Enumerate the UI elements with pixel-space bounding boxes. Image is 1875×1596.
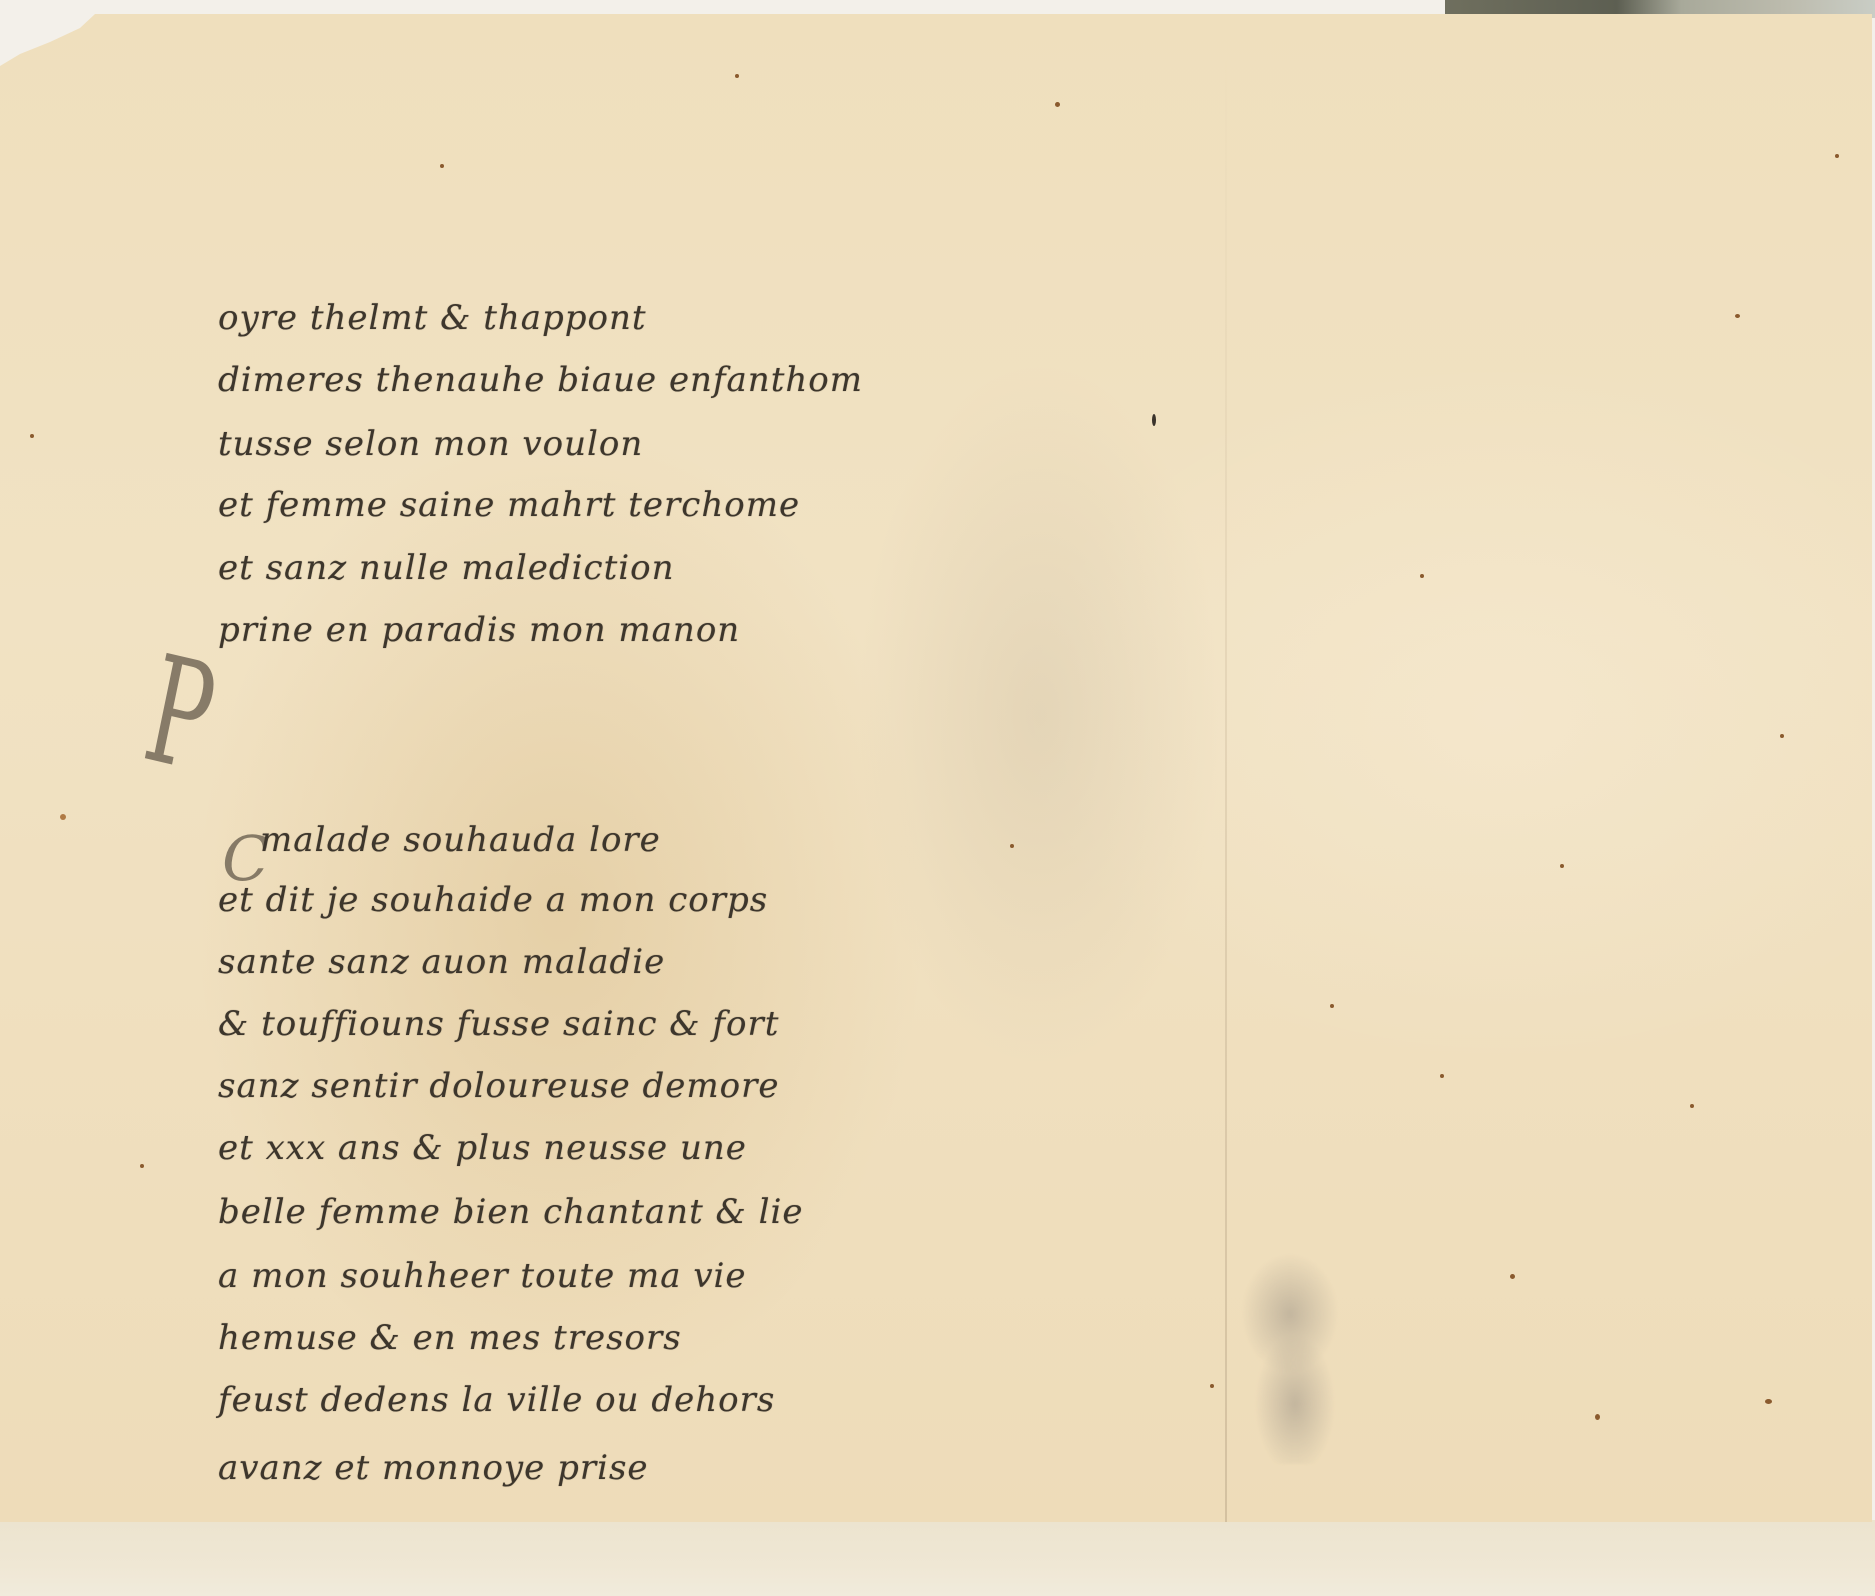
speck — [1440, 1074, 1444, 1078]
verse-line: dimeres thenauhe biaue enfanthom — [218, 360, 863, 400]
backing-strip — [0, 1520, 1875, 1596]
speck — [1780, 734, 1784, 738]
verse-line: tusse selon mon voulon — [218, 424, 643, 464]
speck — [1152, 414, 1156, 426]
verse-line: hemuse & en mes tresors — [218, 1318, 682, 1358]
speck — [1010, 844, 1014, 848]
verse-line: & touffiouns fusse sainc & fort — [218, 1004, 779, 1044]
verse-line: a mon souhheer toute ma vie — [218, 1256, 747, 1296]
speck — [30, 434, 34, 438]
verse-line: et femme saine mahrt terchome — [218, 485, 800, 525]
speck — [1330, 1004, 1334, 1008]
speck — [140, 1164, 144, 1168]
speck — [1690, 1104, 1694, 1108]
speck — [735, 74, 739, 78]
fold-line — [1225, 54, 1227, 1524]
speck — [1835, 154, 1839, 158]
verse-line: oyre thelmt & thappont — [218, 298, 647, 338]
speck — [60, 814, 66, 820]
speck — [1510, 1274, 1515, 1279]
speck — [1560, 864, 1564, 868]
verse-line: belle femme bien chantant & lie — [218, 1192, 804, 1232]
verse-line: prine en paradis mon manon — [218, 610, 740, 650]
verse-line: et dit je souhaide a mon corps — [218, 880, 768, 920]
verse-line: et sanz nulle malediction — [218, 548, 675, 588]
speck — [1595, 1414, 1600, 1420]
speck — [1765, 1399, 1772, 1404]
water-stain — [1240, 1254, 1340, 1464]
decorative-initial: P — [144, 634, 216, 797]
speck — [1420, 574, 1424, 578]
speck — [1210, 1384, 1214, 1388]
verse-line: et xxx ans & plus neusse une — [218, 1128, 747, 1168]
verse-line: feust dedens la ville ou dehors — [218, 1380, 775, 1420]
verse-line: malade souhauda lore — [260, 820, 661, 860]
verse-line: sanz sentir doloureuse demore — [218, 1066, 780, 1106]
speck — [1055, 102, 1060, 107]
speck — [440, 164, 444, 168]
verse-line: avanz et monnoye prise — [218, 1448, 649, 1488]
verse-line: sante sanz auon maladie — [218, 942, 665, 982]
speck — [1735, 314, 1740, 318]
